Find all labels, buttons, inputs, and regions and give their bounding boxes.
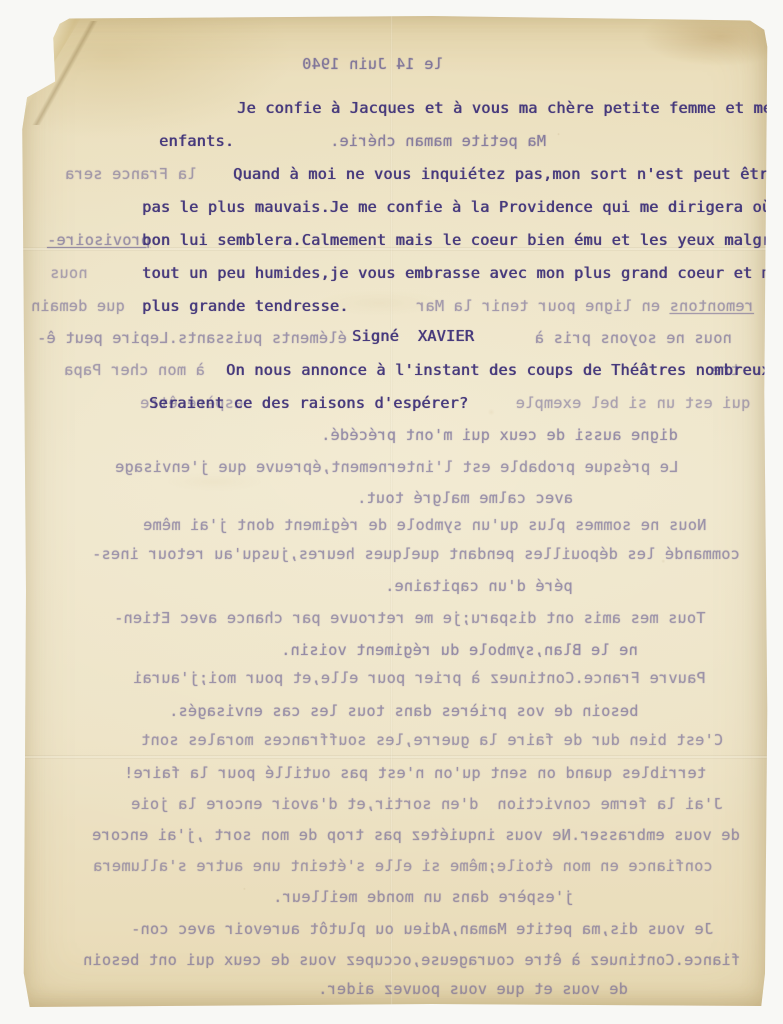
typed-line: On nous annonce à l'instant des coups de… (226, 361, 780, 380)
bleedthrough-line: Le présque probable est l'internement,ép… (115, 458, 678, 477)
bleedthrough-line: provisoire- (47, 231, 150, 250)
bleedthrough-line: avec calme malgré tout. (357, 489, 573, 508)
typed-line: plus grande tendresse. (142, 297, 349, 316)
letter-page: le 14 Juin 1940Ma petite maman chérie.la… (20, 15, 768, 1008)
typed-line: Seraient ce des raisons d'espérer? (149, 394, 468, 413)
bleedthrough-line: le 14 Juin 1940 (302, 55, 443, 74)
torn-corner-crease (22, 21, 108, 125)
bleedthrough-line: Tous mes amis ont disparu;je me retrouve… (114, 609, 706, 628)
bleedthrough-line: Nous ne sommes plus qu'un symbole de rég… (143, 516, 706, 535)
bleedthrough-line: de vous et que vous pouvez aider. (318, 980, 628, 999)
bleedthrough-line: de vous embrasser.Ne vous inquiétez pas … (92, 826, 740, 845)
bleedthrough-line: péré d'un capitaine. (385, 577, 573, 596)
bleedthrough-line: la France sera (65, 165, 196, 184)
typed-line: bon lui semblera.Calmement mais le coeur… (142, 231, 781, 250)
bleedthrough-line: Ma petite maman chérie. (330, 132, 546, 151)
bleedthrough-line: fiance.Continuez à être courageuse,occup… (83, 951, 740, 970)
bleedthrough-line: C'est bien dur de faire la guerre,les so… (141, 731, 723, 750)
bleedthrough-line: ne le Blan,symbole du régiment voisin. (281, 641, 638, 660)
bleedthrough-line: besoin de vos prières dans tous les cas … (169, 702, 638, 721)
bleedthrough-line: commandé les dépouilles pendant quelques… (92, 545, 740, 564)
typed-line: tout un peu humides,je vous embrasse ave… (142, 264, 781, 283)
typed-line: enfants. (159, 132, 234, 151)
bleedthrough-line: j'espère dans un monde meilleur. (273, 888, 573, 907)
typed-line: Signé XAVIER (352, 327, 474, 346)
bleedthrough-line: Je vous dis,ma petite Maman,Adieu ou plu… (131, 920, 713, 939)
typed-line: Je confie à Jacques et à vous ma chère p… (237, 99, 782, 118)
bleedthrough-line: J'ai la ferme conviction d'en sortir,et … (131, 795, 723, 814)
bleedthrough-line: confiance en mon étoile;même si elle s'é… (93, 857, 713, 876)
typed-line: Quand à moi ne vous inquiétez pas,mon so… (233, 165, 778, 184)
scanner-background: le 14 Juin 1940Ma petite maman chérie.la… (0, 0, 783, 1024)
bleedthrough-line: remontons en ligne pour tenir la Mar que… (31, 297, 754, 316)
bleedthrough-line: terribles quand on sent qu'on n'est pas … (124, 764, 706, 783)
torn-corner-fold (18, 13, 84, 121)
bleedthrough-line: nous (50, 264, 88, 283)
bleedthrough-line: digne aussi de ceux qui m'ont précédé. (321, 426, 678, 445)
bleed-underlined-word: remontons (669, 297, 754, 315)
fold-crease (20, 755, 768, 759)
typed-line: pas le plus mauvais.Je me confie à la Pr… (142, 198, 771, 217)
bleedthrough-line: Pauvre France.Continuez à prier pour ell… (133, 669, 706, 688)
